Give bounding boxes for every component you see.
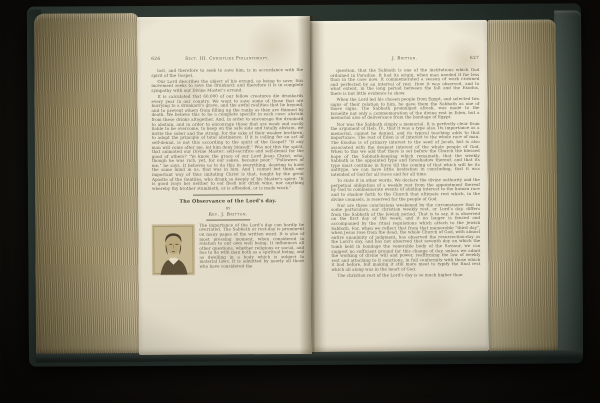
article-first-paragraph-text: The importance of the Lord's day can har…: [199, 222, 304, 269]
left-page-header: 626 Sect. III. Christlike Philanthropy.: [151, 56, 303, 64]
photo-of-open-book: 626 Sect. III. Christlike Philanthropy. …: [0, 0, 600, 403]
portrait-engraving: [152, 224, 194, 274]
left-fore-edge-pages: [34, 13, 141, 357]
running-header: Sect. III. Christlike Philanthropy.: [185, 55, 269, 61]
right-cover-board: [554, 10, 583, 358]
body-paragraph: It is calculated that 60,000 of our fell…: [151, 94, 304, 191]
author-name: Rev. J. Britton.: [152, 212, 304, 218]
body-paragraph: question, that the Sabbath is one of the…: [330, 68, 479, 96]
body-paragraph: lost, and therefore to seek to save him,…: [151, 68, 303, 78]
article-opening-paragraph: The importance of the Lord's day can har…: [152, 223, 304, 270]
body-paragraph: To state it in other words. We declare t…: [331, 178, 480, 202]
right-page-text-block: J. Britton. 627 question, that the Sabba…: [330, 56, 481, 342]
body-paragraph: Our Lord describes the object of his err…: [151, 79, 303, 94]
left-page: 626 Sect. III. Christlike Philanthropy. …: [137, 16, 312, 355]
body-paragraph: When the Lord led his chosen people from…: [330, 97, 479, 121]
byline-divider: [206, 219, 250, 220]
page-number: 627: [470, 56, 479, 61]
section-divider: [193, 195, 263, 196]
running-header: J. Britton.: [392, 55, 417, 60]
page-number: 626: [151, 57, 160, 62]
book: 626 Sect. III. Christlike Philanthropy. …: [27, 3, 583, 366]
body-paragraph: Nor are these conclusions weakened by th…: [331, 203, 480, 273]
right-page-header: J. Britton. 627: [330, 56, 479, 64]
body-paragraph: Nor was the Sabbath simply a memorial. I…: [331, 121, 480, 177]
right-page: J. Britton. 627 question, that the Sabba…: [310, 20, 489, 352]
right-fore-edge-pages: [487, 19, 558, 352]
body-paragraph: The christian rest of the Lord's day is …: [332, 273, 481, 279]
left-page-text-block: 626 Sect. III. Christlike Philanthropy. …: [151, 56, 305, 345]
article-title: The Observance of the Lord's day.: [152, 199, 304, 205]
